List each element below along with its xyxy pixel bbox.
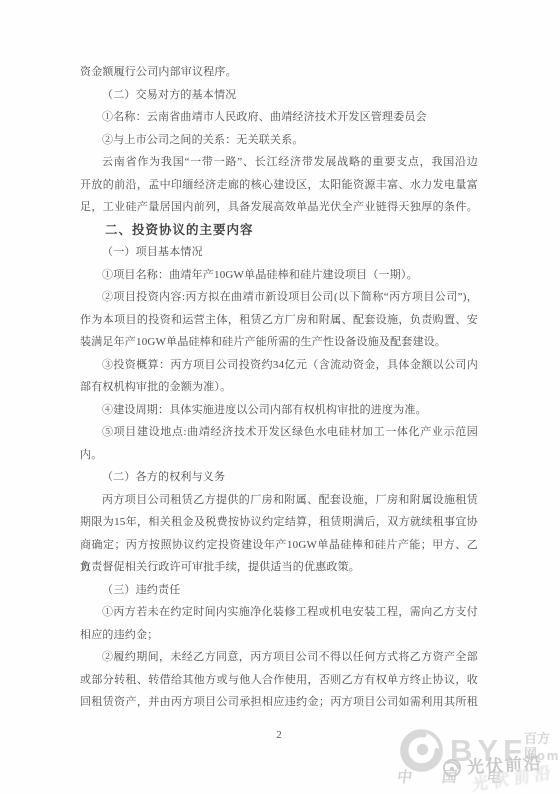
text-line-12: 作为本项目的投资和运营主体，租赁乙方厂房和附属、配套设施，负责购置、安	[80, 309, 478, 332]
text-line-5: 云南省作为我国“一带一路”、长江经济带发展战略的重要支点，我国沿边	[80, 151, 478, 174]
text-line-23: 负责督促相关行政许可审批手续，提供适当的优惠政策。	[80, 556, 478, 579]
text-line-18: 内。	[80, 444, 478, 467]
text-line-3: ①名称：云南省曲靖市人民政府、曲靖经济技术开发区管理委员会	[80, 106, 478, 129]
byf-domain: .com	[522, 749, 560, 763]
text-line-21: 期限为15年，相关租金及税费按协议约定结算，租赁期满后，双方就续租事宜协	[80, 511, 478, 534]
text-line-25: ①丙方若未在约定时间内实施净化装修工程或机电安装工程，需向乙方支付	[80, 601, 478, 624]
text-line-2: （二）交易对方的基本情况	[80, 84, 478, 107]
text-line-6: 开放的前沿，孟中印缅经济走廊的核心建设区，太阳能资源丰富、水力发电量富	[80, 174, 478, 197]
text-line-13: 装满足年产10GW单晶硅棒和硅片产能所需的生产性设备设施及配套建设。	[80, 331, 478, 354]
text-line-11: ②项目投资内容:丙方拟在曲靖市新设项目公司(以下简称“丙方项目公司”)，	[80, 286, 478, 309]
section-heading: 二、投资协议的主要内容	[80, 219, 478, 242]
sun-swirl-icon	[440, 756, 464, 780]
text-line-29: 回租赁资产，并由丙方项目公司承担相应违约金；丙方项目公司如需利用其所租	[80, 691, 478, 714]
text-line-9: （一）项目基本情况	[80, 241, 478, 264]
pv-watermark-echo: 光伏前沿	[472, 763, 555, 794]
byf-partial-text: 中 国 电	[396, 769, 516, 787]
text-line-24: （三）违约责任	[80, 579, 478, 602]
text-line-4: ②与上市公司之间的关系：无关联关系。	[80, 129, 478, 152]
text-line-27: ②履约期间，未经乙方同意，丙方项目公司不得以任何方式将乙方资产全部	[80, 646, 478, 669]
page-number: 2	[80, 729, 478, 741]
text-line-28: 或部分转租、转借给其他方或与他人合作使用，否则乙方有权单方终止协议，收	[80, 669, 478, 692]
text-line-15: 部有权机构审批的金额为准）。	[80, 376, 478, 399]
text-line-20: 丙方项目公司租赁乙方提供的厂房和附属、配套设施，厂房和附属设施租赁	[80, 489, 478, 512]
text-line-19: （二）各方的权利与义务	[80, 466, 478, 489]
text-line-22: 商确定；丙方按照协议约定投资建设年产10GW单晶硅棒和硅片产能；甲方、乙方	[80, 534, 478, 557]
document-page: 资金额履行公司内部审议程序。（二）交易对方的基本情况①名称：云南省曲靖市人民政府…	[0, 0, 560, 794]
text-line-26: 相应的违约金；	[80, 624, 478, 647]
text-line-16: ④建设周期：具体实施进度以公司内部有权机构审批的进度为准。	[80, 399, 478, 422]
document-body: 资金额履行公司内部审议程序。（二）交易对方的基本情况①名称：云南省曲靖市人民政府…	[80, 61, 478, 714]
text-line-1: 资金额履行公司内部审议程序。	[80, 61, 478, 84]
text-line-7: 足，工业硅产量居国内前列，具备发展高效单晶光伏全产业链得天独厚的条件。	[80, 196, 478, 219]
text-line-10: ①项目名称：曲靖年产10GW单晶硅棒和硅片建设项目（一期）。	[80, 264, 478, 287]
byf-site-name: 百方网	[524, 731, 560, 761]
text-line-17: ⑤项目建设地点:曲靖经济技术开发区绿色水电硅材加工一体化产业示范园	[80, 421, 478, 444]
text-line-14: ③投资概算：丙方项目公司投资约34亿元（含流动资金，具体金额以公司内	[80, 354, 478, 377]
pv-watermark-text: 光伏前沿	[467, 754, 544, 778]
